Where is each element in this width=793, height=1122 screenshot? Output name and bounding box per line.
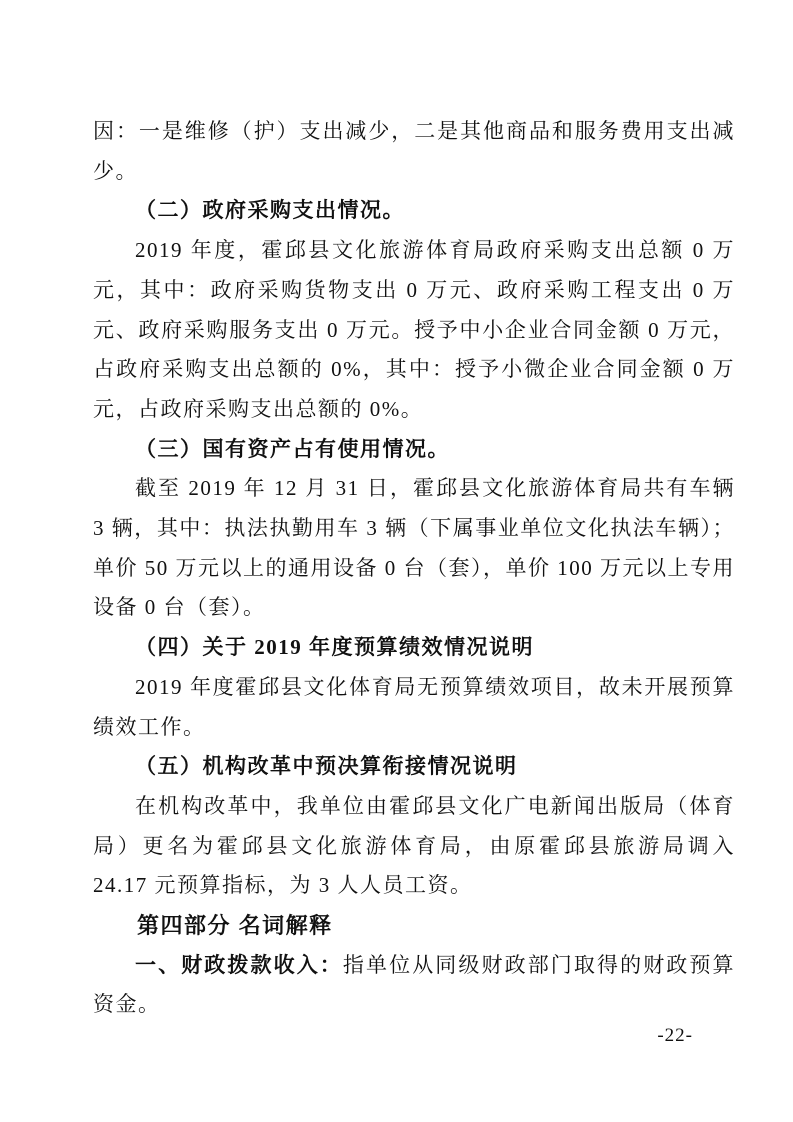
document-content: 因：一是维修（护）支出减少，二是其他商品和服务费用支出减少。 （二）政府采购支出… [93,112,735,1025]
section-heading-institution-reform: （五）机构改革中预决算衔接情况说明 [93,747,735,787]
paragraph-institution-reform: 在机构改革中，我单位由霍邱县文化广电新闻出版局（体育局）更名为霍邱县文化旅游体育… [93,787,735,906]
term-lead-fiscal-appropriation: 一、财政拨款收入： [135,954,343,977]
paragraph-term-definition: 一、财政拨款收入：指单位从同级财政部门取得的财政预算资金。 [93,946,735,1025]
page-number: -22- [657,1024,693,1048]
section-heading-state-assets: （三）国有资产占有使用情况。 [93,430,735,470]
paragraph-budget-performance: 2019 年度霍邱县文化体育局无预算绩效项目，故未开展预算绩效工作。 [93,668,735,747]
section-heading-budget-performance: （四）关于 2019 年度预算绩效情况说明 [93,628,735,668]
paragraph-gov-procurement: 2019 年度，霍邱县文化旅游体育局政府采购支出总额 0 万元，其中：政府采购货… [93,231,735,430]
document-page: 因：一是维修（护）支出减少，二是其他商品和服务费用支出减少。 （二）政府采购支出… [0,0,793,1122]
paragraph-continuation: 因：一是维修（护）支出减少，二是其他商品和服务费用支出减少。 [93,112,735,191]
section-heading-gov-procurement: （二）政府采购支出情况。 [93,191,735,231]
paragraph-state-assets: 截至 2019 年 12 月 31 日，霍邱县文化旅游体育局共有车辆 3 辆，其… [93,469,735,628]
part-heading-glossary: 第四部分 名词解释 [93,906,735,946]
